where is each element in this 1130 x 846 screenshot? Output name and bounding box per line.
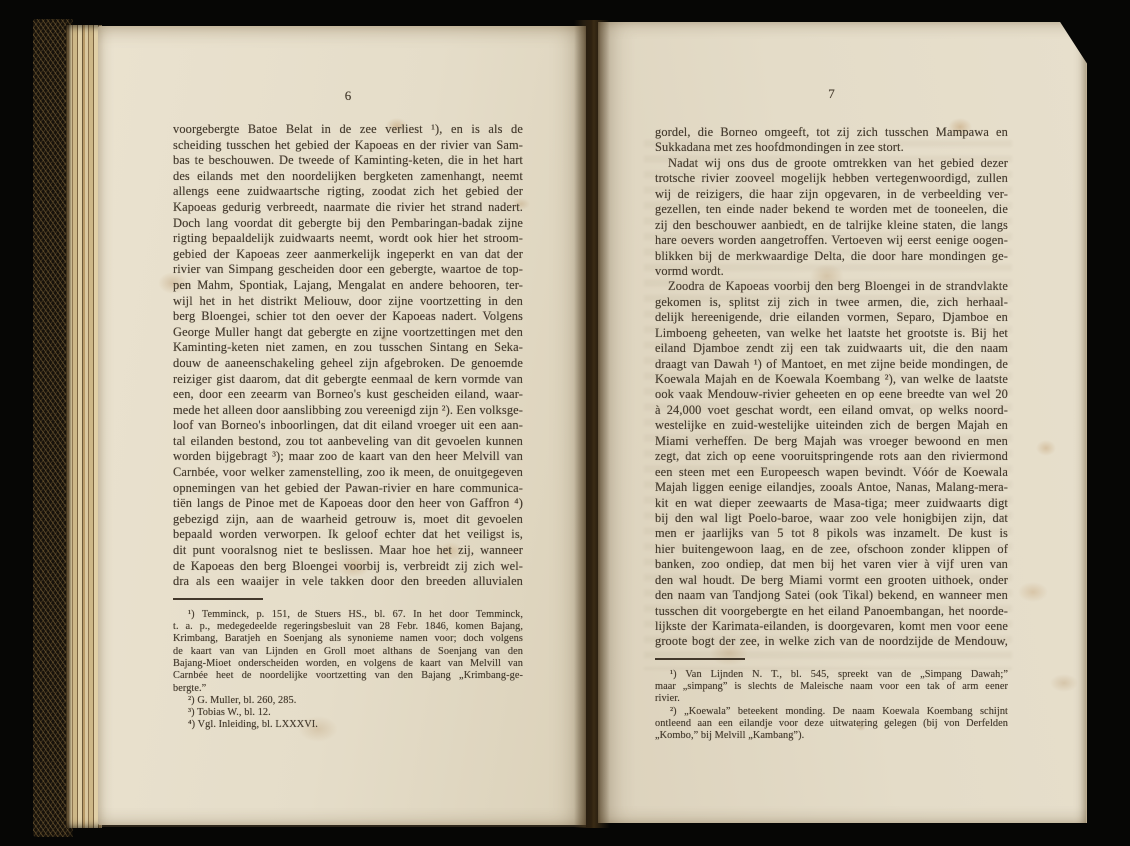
text-line: Sukkadana met zes hoofdmondingen in zee … xyxy=(655,140,1008,155)
text-line: Doch lang voordat dit gebergte bij den P… xyxy=(173,216,523,232)
text-line: Kaminting-keten niet zamen, en zou tussc… xyxy=(173,340,523,356)
page-number-right: 7 xyxy=(655,86,1008,125)
text-line: ook vaak Mendouw-rivier geheeten en op e… xyxy=(655,387,1008,402)
footnote-line: rivier. xyxy=(655,693,1008,705)
text-line: banken, zoo ondiep, dat men bij het vare… xyxy=(655,557,1008,572)
page-number-left: 6 xyxy=(173,88,523,122)
footnote-line: ³) Tobias W., bl. 12. xyxy=(173,707,523,719)
text-line: pen Mahm, Spontiak, Lajang, Mengalat en … xyxy=(173,278,523,294)
text-line: gekomen is, splitst zij zich in twee arm… xyxy=(655,295,1008,310)
text-line: de Kapoeas den berg Bloengei voorbij is,… xyxy=(173,559,523,575)
footnote-line: bergte.” xyxy=(173,683,523,695)
text-line: gebied der Kapoeas zeer aanmerkelijk ing… xyxy=(173,247,523,263)
text-line: zij den beschouwer aanbiedt, en de talri… xyxy=(655,218,1008,233)
text-line: bepaald worden verworpen. Ik geloof echt… xyxy=(173,527,523,543)
text-line: draagt van Dawah ¹) of Mantoet, en met z… xyxy=(655,357,1008,372)
text-line: loof van Borneo's inboorlingen, dat dit … xyxy=(173,418,523,434)
text-line: blikken bij de merkwaardige Delta, die d… xyxy=(655,249,1008,264)
text-line: westelijke en zuid-westelijke uiteinden … xyxy=(655,418,1008,433)
text-line: een steen met een Europeesch wapen bevin… xyxy=(655,465,1008,480)
text-line: bij den wal ligt Poelo-baroe, waar zoo v… xyxy=(655,511,1008,526)
text-line: trotsche rivier zooveel mogelijk hebben … xyxy=(655,171,1008,186)
text-line: hier buitengewoon laag, en de zee, ofsch… xyxy=(655,542,1008,557)
footnote-separator-right xyxy=(655,658,745,660)
footnote-line: „Kombo,” bij Melvill „Kambang”). xyxy=(655,730,1008,742)
text-line: hare oevers worden aangetroffen. Vertoev… xyxy=(655,233,1008,248)
text-line: Limboeng geheeten, van welke het laatste… xyxy=(655,326,1008,341)
footnote-line: ¹) Temminck, p. 151, de Stuers HS., bl. … xyxy=(173,609,523,621)
text-line: wijl het in het distrikt Meliouw, door z… xyxy=(173,294,523,310)
text-line: George Muller hangt dat gebergte en zijn… xyxy=(173,325,523,341)
text-line: kit en wat dieper zeewaarts de Masa-tiga… xyxy=(655,496,1008,511)
text-line: men er jaarlijks van 5 tot 8 pikols was … xyxy=(655,526,1008,541)
text-line: rivier van Simpang gescheiden door een g… xyxy=(173,262,523,278)
text-line: zegt, dat zich op eene vooruitspringende… xyxy=(655,449,1008,464)
page-6-body: voorgebergte Batoe Belat in de zee verli… xyxy=(173,122,523,590)
footnote-line: ²) G. Muller, bl. 260, 285. xyxy=(173,695,523,707)
text-line: mede het alleen door aanslibbing zou ver… xyxy=(173,403,523,419)
text-line: scheiding tusschen het gebied der Kapoea… xyxy=(173,138,523,154)
footnote-line: ¹) Van Lijnden N. T., bl. 545, spreekt v… xyxy=(655,669,1008,681)
text-line: lijkste der Karimata-eilanden, is doorge… xyxy=(655,619,1008,634)
page-7-footnotes: ¹) Van Lijnden N. T., bl. 545, spreekt v… xyxy=(655,669,1008,743)
text-line: groote bogt der zee, in welke zich van d… xyxy=(655,634,1008,649)
text-line: een, door een zeearm van Borneo's kust g… xyxy=(173,387,523,403)
text-line: Nadat wij ons dus de groote omtrekken va… xyxy=(655,156,1008,171)
page-7-body: gordel, die Borneo omgeeft, tot zij zich… xyxy=(655,125,1008,650)
footnote-line: Krimbang, Baratjeh en Soenjang als synon… xyxy=(173,633,523,645)
text-line: gezellen, ten einde nader bekend te word… xyxy=(655,202,1008,217)
footnote-line: Carnbée heet de noordelijke voortzetting… xyxy=(173,670,523,682)
text-line: wij de reizigers, die haar zijn opgevare… xyxy=(655,187,1008,202)
text-line: Kapoeas gedurig verbreedt, naarmate die … xyxy=(173,200,523,216)
page-7-text-column: 7 gordel, die Borneo omgeeft, tot zij zi… xyxy=(655,86,1008,743)
footnote-line: ⁴) Vgl. Inleiding, bl. LXXXVI. xyxy=(173,719,523,731)
text-line: dra als een waaijer in vele takken door … xyxy=(173,574,523,590)
text-line: gordel, die Borneo omgeeft, tot zij zich… xyxy=(655,125,1008,140)
page-fore-edges xyxy=(66,25,102,828)
text-line: eiland Djamboe zendt zij een tak zuidwaa… xyxy=(655,341,1008,356)
footnote-line: maar „simpang” is slechts de Maleische n… xyxy=(655,681,1008,693)
footnote-line: ontleend aan een eilandje voor deze uitw… xyxy=(655,718,1008,730)
page-6-footnotes: ¹) Temminck, p. 151, de Stuers HS., bl. … xyxy=(173,609,523,732)
footnote-separator-left xyxy=(173,598,263,600)
text-line: dit punt vooralsnog niet te beslissen. M… xyxy=(173,543,523,559)
text-line: opnemingen van het gebied der Pawan-rivi… xyxy=(173,481,523,497)
footnote-line: t. a. p., medegedeelde regeringsbesluit … xyxy=(173,621,523,633)
text-line: bas te beschouwen. De tweede of Kamintin… xyxy=(173,153,523,169)
text-line: rigting bepaaldelijk zuidwaarts neemt, w… xyxy=(173,231,523,247)
footnote-line: de kaart van van Lijnden en Groll moet a… xyxy=(173,646,523,658)
open-book-photo: 6 voorgebergte Batoe Belat in de zee ver… xyxy=(0,0,1130,846)
text-line: Miami verheffen. De berg Majah was vroeg… xyxy=(655,434,1008,449)
text-line: gebezigd zijn, aan de waarheid getrouw i… xyxy=(173,512,523,528)
text-line: Majah liggen eenige eilandjes, zooals An… xyxy=(655,480,1008,495)
text-line: worden bijgebragt ³); maar zoo de kaart … xyxy=(173,449,523,465)
footnote-line: Bajang-Mioet onderscheiden worden, en vo… xyxy=(173,658,523,670)
text-line: vormd wordt. xyxy=(655,264,1008,279)
text-line: Zoodra de Kapoeas voorbij den berg Bloen… xyxy=(655,279,1008,294)
text-line: berg Bloengei, schier tot den oever der … xyxy=(173,309,523,325)
text-line: tiën langs de Pinoe met de Kapoeas door … xyxy=(173,496,523,512)
text-line: tal eilanden bestond, zou tot aanbevelin… xyxy=(173,434,523,450)
book-gutter xyxy=(574,20,610,828)
text-line: reiziger gist daarom, dat dit gebergte e… xyxy=(173,372,523,388)
page-6-text-column: 6 voorgebergte Batoe Belat in de zee ver… xyxy=(173,88,523,732)
text-line: douw de aaneenschakeling geheel zijn afg… xyxy=(173,356,523,372)
text-line: tusschen dit voorgebergte en het eiland … xyxy=(655,604,1008,619)
text-line: Carnbée, voor welker zamenstelling, zoo … xyxy=(173,465,523,481)
text-line: delijk hereenigende, drie eilanden vorme… xyxy=(655,310,1008,325)
text-line: des eilands met den noordelijken bergket… xyxy=(173,169,523,185)
text-line: allengs eene zuidwaartsche rigting, zood… xyxy=(173,184,523,200)
text-line: den naam van Tandjong Satei (ook Tikal) … xyxy=(655,588,1008,603)
text-line: à 24,000 voet geschat wordt, een eiland … xyxy=(655,403,1008,418)
text-line: voorgebergte Batoe Belat in de zee verli… xyxy=(173,122,523,138)
text-line: Koewala Majah en de Koewala Koembang ²),… xyxy=(655,372,1008,387)
text-line: den wal houdt. De berg Miami vormt een g… xyxy=(655,573,1008,588)
footnote-line: ²) „Koewala” beteekent monding. De naam … xyxy=(655,706,1008,718)
